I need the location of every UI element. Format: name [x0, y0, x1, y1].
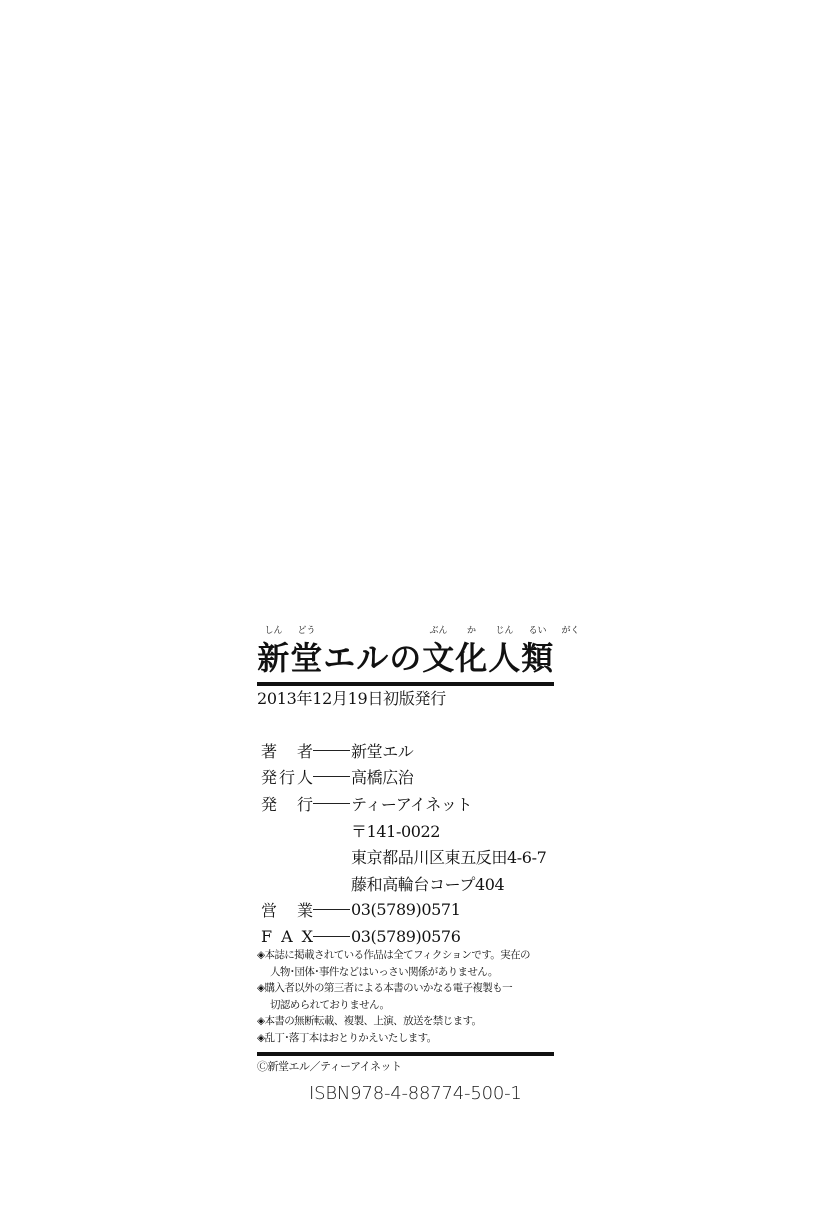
title-char: 文	[422, 638, 455, 678]
credit-label: 著 者	[257, 739, 313, 762]
ruby-reading: どう	[290, 626, 323, 636]
label-char: 者	[297, 739, 313, 762]
leader-dash	[313, 803, 350, 804]
notice-reproduction: ◈本書の無断転載、複製、上演、放送を禁じます。	[257, 1013, 557, 1030]
notice-line: ◈乱丁･落丁本はおとりかえいたします。	[257, 1032, 437, 1044]
credit-label: 発 行 人	[257, 765, 313, 788]
credit-label: F A X	[257, 927, 313, 946]
notice-line-continued: 人物･団体･事件などはいっさい関係がありません。	[257, 964, 557, 981]
ruby-reading: るい	[521, 626, 554, 636]
fax-number: 03(5789)0576	[351, 927, 460, 946]
credit-label: 発 行	[257, 792, 313, 815]
leader-dash	[313, 909, 350, 910]
title-char: 化	[455, 638, 488, 678]
ruby-reading: か	[455, 626, 488, 636]
colophon: しん どう ぶん か じん るい がく 新 堂 エ ル の 文 化 人 類 20…	[257, 622, 554, 680]
title-char: エ	[323, 638, 356, 678]
leader-dash	[313, 750, 350, 751]
label-char: 発	[261, 765, 277, 788]
notice-line: ◈購入者以外の第三者による本書のいかなる電子複製も一	[257, 982, 512, 994]
isbn: ISBN978-4-88774-500-1	[309, 1083, 522, 1105]
credit-row-fax: F A X 03(5789)0576	[257, 923, 587, 950]
credit-row-address-2: 藤和高輪台コープ404	[257, 870, 587, 897]
ruby-reading: がく	[554, 626, 587, 636]
credit-label: 営 業	[257, 898, 313, 921]
ruby-row: しん どう ぶん か じん るい がく	[257, 626, 554, 638]
legal-notices: ◈本誌に掲載されている作品は全てフィクションです。実在の 人物･団体･事件などは…	[257, 947, 557, 1046]
label-char: X	[302, 927, 313, 946]
label-char: A	[281, 927, 293, 946]
label-char: 行	[297, 792, 313, 815]
label-char: 行	[279, 765, 295, 788]
top-rule-divider	[257, 682, 554, 686]
publication-date: 2013年12月19日初版発行	[257, 689, 446, 709]
title-char: ル	[356, 638, 389, 678]
notice-line: ◈本書の無断転載、複製、上演、放送を禁じます。	[257, 1015, 481, 1027]
address-line-2: 藤和高輪台コープ404	[351, 872, 504, 895]
notice-digital-copy: ◈購入者以外の第三者による本書のいかなる電子複製も一 切認められておりません。	[257, 980, 557, 1013]
address-line-1: 東京都品川区東五反田4-6-7	[351, 845, 546, 868]
copyright-notice: Ⓒ新堂エル／ティーアイネット	[257, 1059, 401, 1075]
postal-code: 〒141-0022	[351, 819, 440, 842]
book-title: 新 堂 エ ル の 文 化 人 類	[257, 638, 557, 678]
title-char: の	[389, 638, 422, 678]
leader-dash	[313, 936, 350, 937]
title-char: 堂	[290, 638, 323, 678]
ruby-reading: ぶん	[422, 626, 455, 636]
notice-fiction: ◈本誌に掲載されている作品は全てフィクションです。実在の 人物･団体･事件などは…	[257, 947, 557, 980]
credit-row-address-1: 東京都品川区東五反田4-6-7	[257, 843, 587, 870]
label-char: 営	[261, 898, 277, 921]
credit-row-postal-code: 〒141-0022	[257, 817, 587, 844]
title-char: 新	[257, 638, 290, 678]
ruby-reading: しん	[257, 626, 290, 636]
notice-line-continued: 切認められておりません。	[257, 997, 557, 1014]
ruby-reading: じん	[488, 626, 521, 636]
title-block: しん どう ぶん か じん るい がく 新 堂 エ ル の 文 化 人 類	[257, 622, 554, 680]
label-char: 人	[297, 765, 313, 788]
sales-phone: 03(5789)0571	[351, 900, 460, 919]
credit-row-author: 著 者 新堂エル	[257, 737, 587, 764]
bottom-rule-divider	[257, 1052, 554, 1056]
credit-row-publisher-person: 発 行 人 高橋広治	[257, 764, 587, 791]
label-char: F	[261, 927, 272, 946]
credits-list: 著 者 新堂エル 発 行 人 高橋広治 発 行 ティーアイネット 〒141-00…	[257, 737, 587, 950]
label-char: 発	[261, 792, 277, 815]
label-char: 著	[261, 739, 277, 762]
label-char: 業	[297, 898, 313, 921]
title-char: 人	[488, 638, 521, 678]
credit-value: ティーアイネット	[351, 792, 472, 815]
credit-value: 新堂エル	[351, 739, 413, 762]
leader-dash	[313, 776, 350, 777]
credit-value: 高橋広治	[351, 765, 413, 788]
credit-row-sales: 営 業 03(5789)0571	[257, 897, 587, 924]
notice-line: ◈本誌に掲載されている作品は全てフィクションです。実在の	[257, 949, 530, 961]
title-char: 類	[521, 638, 554, 678]
credit-row-publisher: 発 行 ティーアイネット	[257, 790, 587, 817]
notice-defects: ◈乱丁･落丁本はおとりかえいたします。	[257, 1030, 557, 1047]
